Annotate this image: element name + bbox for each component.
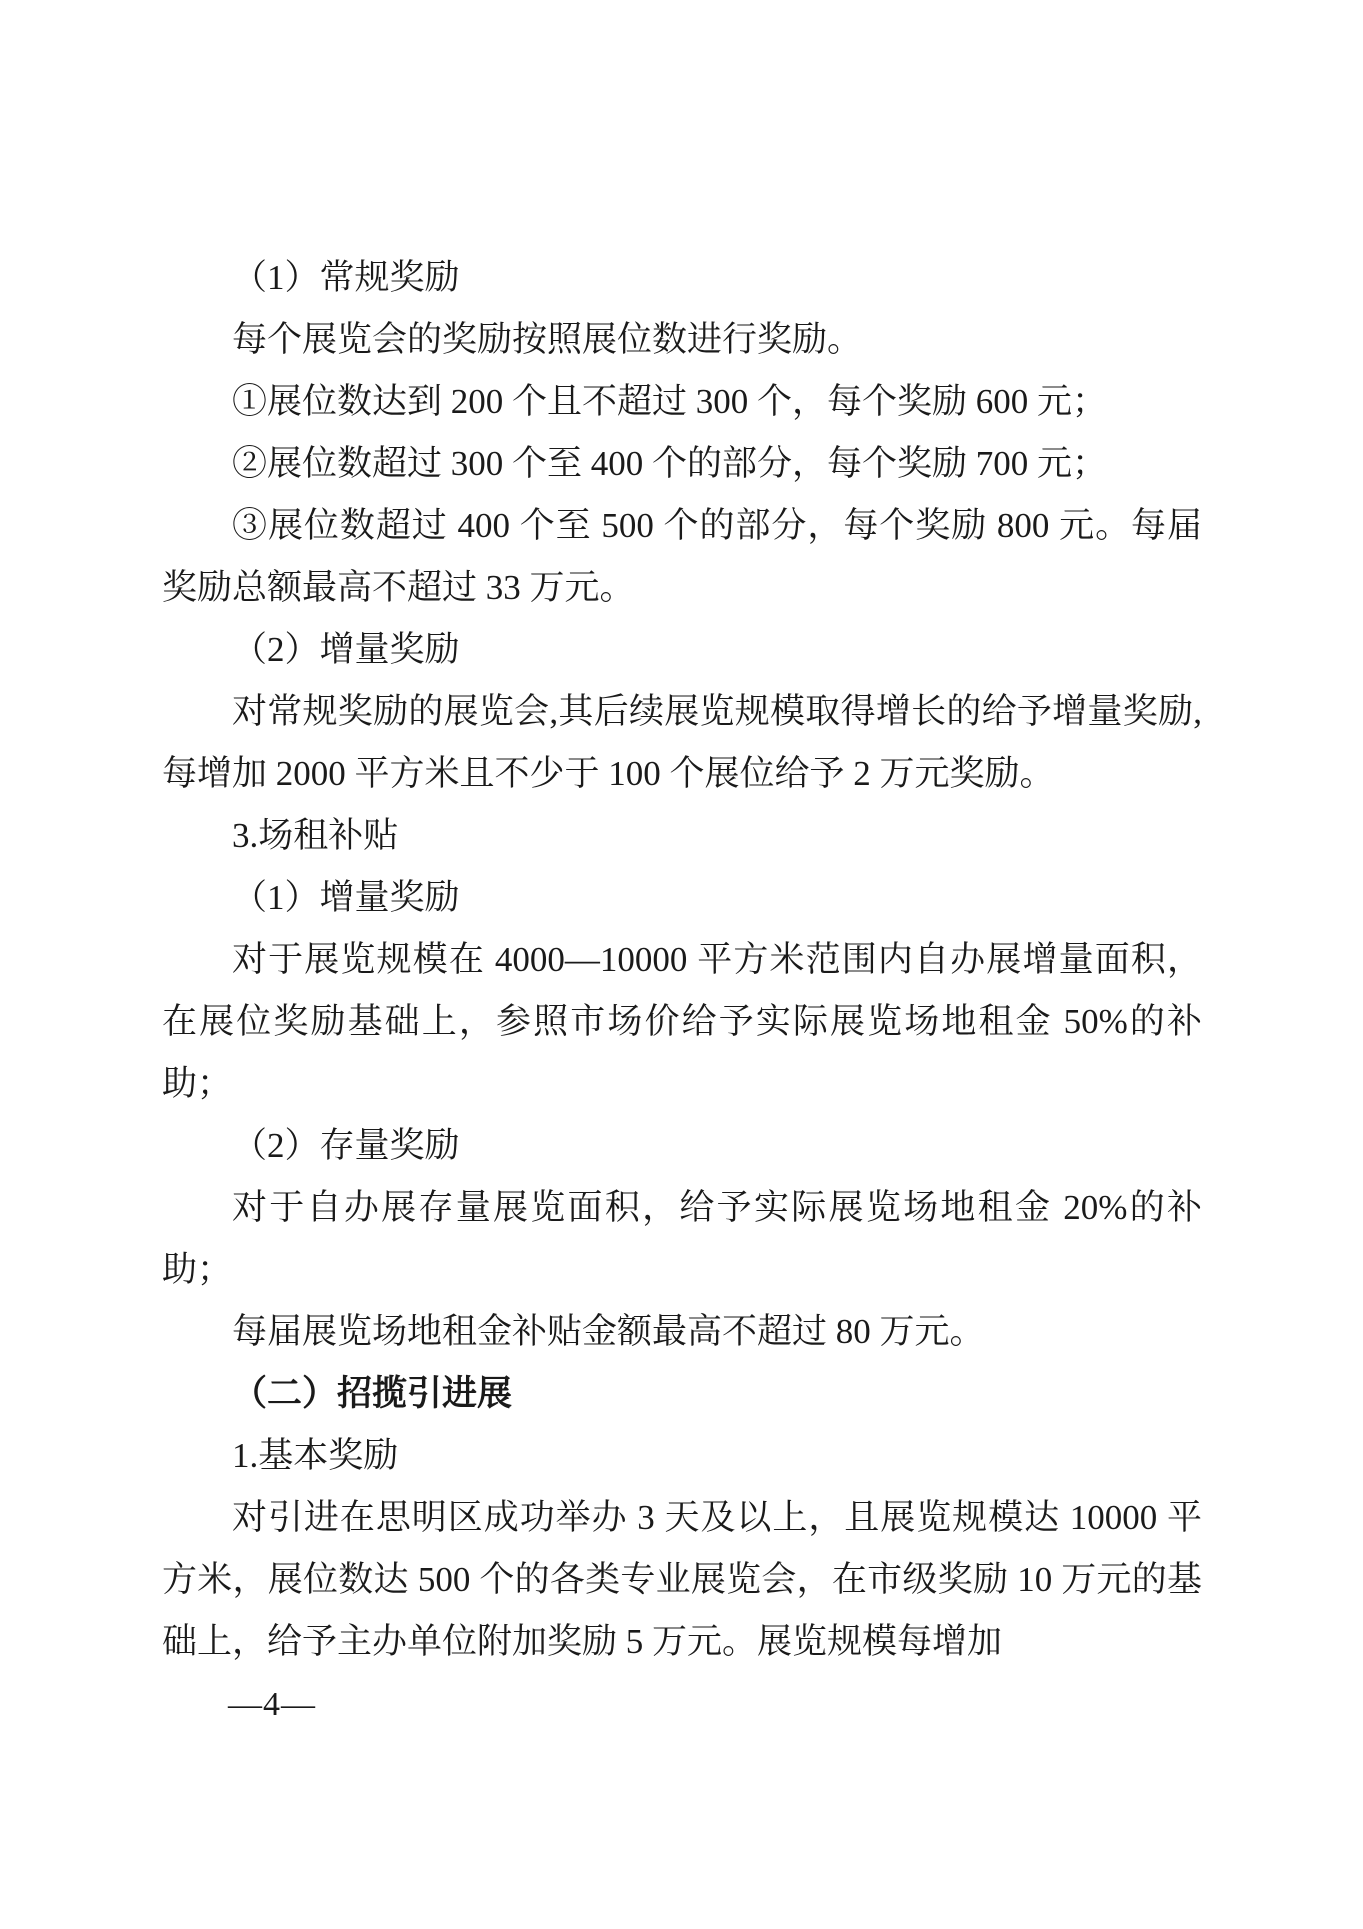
document-body: （1）常规奖励每个展览会的奖励按照展位数进行奖励。①展位数达到 200 个且不超… bbox=[162, 247, 1202, 1673]
paragraph: 每届展览场地租金补贴金额最高不超过 80 万元。 bbox=[162, 1301, 1202, 1363]
paragraph: （1）增量奖励 bbox=[162, 867, 1202, 929]
paragraph: ①展位数达到 200 个且不超过 300 个，每个奖励 600 元； bbox=[162, 371, 1202, 433]
paragraph: 对于展览规模在 4000—10000 平方米范围内自办展增量面积，在展位奖励基础… bbox=[162, 929, 1202, 1115]
paragraph: 1.基本奖励 bbox=[162, 1425, 1202, 1487]
paragraph: 对引进在思明区成功举办 3 天及以上，且展览规模达 10000 平方米，展位数达… bbox=[162, 1487, 1202, 1673]
paragraph: （2）增量奖励 bbox=[162, 619, 1202, 681]
paragraph: 每个展览会的奖励按照展位数进行奖励。 bbox=[162, 309, 1202, 371]
paragraph: 3.场租补贴 bbox=[162, 805, 1202, 867]
paragraph: ②展位数超过 300 个至 400 个的部分，每个奖励 700 元； bbox=[162, 433, 1202, 495]
paragraph: 对于自办展存量展览面积，给予实际展览场地租金 20%的补助； bbox=[162, 1177, 1202, 1301]
paragraph: （2）存量奖励 bbox=[162, 1115, 1202, 1177]
page-number: —4— bbox=[228, 1675, 316, 1735]
paragraph: （1）常规奖励 bbox=[162, 247, 1202, 309]
paragraph: （二）招揽引进展 bbox=[162, 1363, 1202, 1425]
document-page: （1）常规奖励每个展览会的奖励按照展位数进行奖励。①展位数达到 200 个且不超… bbox=[0, 0, 1363, 1929]
paragraph: ③展位数超过 400 个至 500 个的部分，每个奖励 800 元。每届奖励总额… bbox=[162, 495, 1202, 619]
paragraph: 对常规奖励的展览会,其后续展览规模取得增长的给予增量奖励,每增加 2000 平方… bbox=[162, 681, 1202, 805]
